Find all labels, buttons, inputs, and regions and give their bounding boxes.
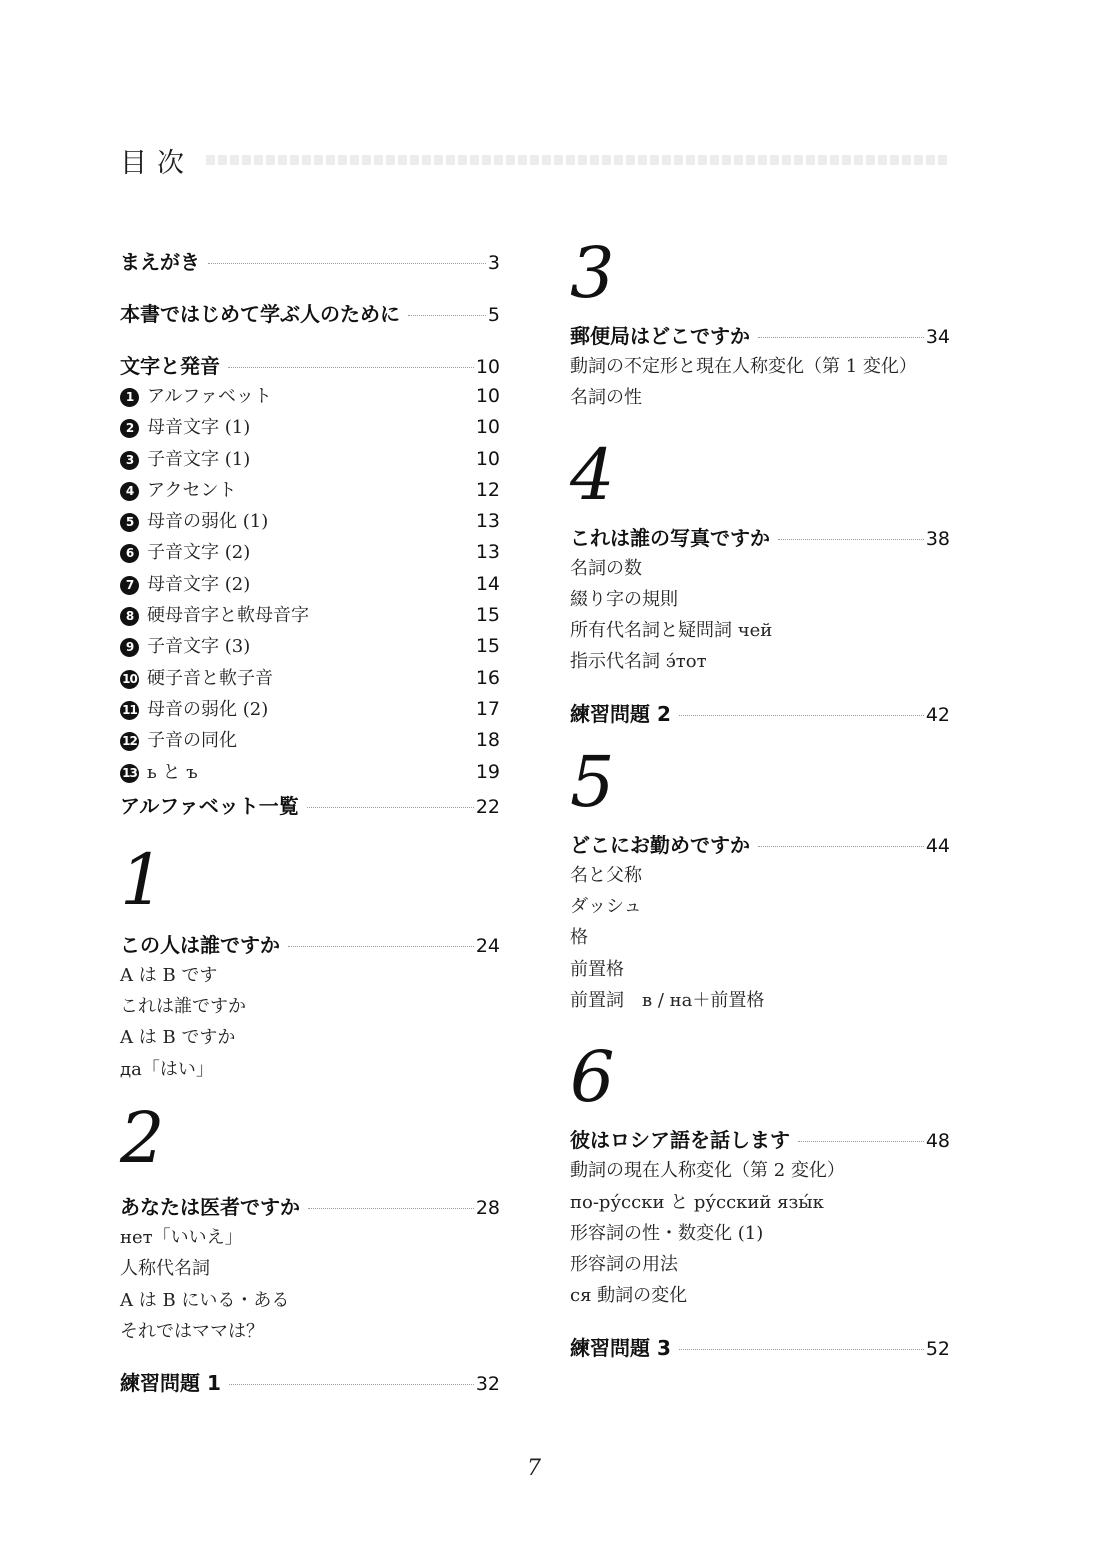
chapter-1-items: A は B です これは誰ですか A は B ですか да「はい」 [120,960,500,1085]
toc-subitem[interactable]: 名詞の性 [570,382,950,413]
toc-subitem[interactable]: 1アルファベット10 [120,381,500,412]
dot-leader [758,337,924,338]
dot-leader [208,263,486,264]
footer-page-number: 7 [527,1456,541,1481]
dot-leader [308,1208,474,1209]
chapter-number-2: 2 [120,1103,500,1177]
page-number: 3 [488,252,500,274]
toc-subitem[interactable]: 名と父称 [570,860,950,891]
toc-right-column: 3 郵便局はどこですか 34 動詞の不定形と現在人称変化（第 1 変化） 名詞の… [570,238,950,1361]
chapter-6-items: 動詞の現在人称変化（第 2 変化） по-ру́сски と ру́сский … [570,1155,950,1311]
toc-header: 目次 [120,140,950,180]
toc-entry-chapter-4[interactable]: これは誰の写真ですか 38 [570,522,950,551]
subitem-label: 子音文字 (2) [147,542,250,563]
page-number: 42 [926,704,950,726]
toc-subitem[interactable]: 5母音の弱化 (1)13 [120,506,500,537]
chapter-3-items: 動詞の不定形と現在人称変化（第 1 変化） 名詞の性 [570,351,950,414]
page-number: 38 [926,528,950,550]
toc-subitem[interactable]: по-ру́сски と ру́сский язы́к [570,1187,950,1218]
toc-subitem[interactable]: 3子音文字 (1)10 [120,444,500,475]
number-badge-icon: 4 [120,482,139,501]
page-number: 34 [926,326,950,348]
toc-entry-chapter-1[interactable]: この人は誰ですか 24 [120,929,500,958]
toc-subitem[interactable]: 前置格 [570,954,950,985]
entry-title: 練習問題 1 [120,1367,221,1396]
page-number: 28 [476,1197,500,1219]
toc-subitem[interactable]: 格 [570,922,950,953]
toc-subitem[interactable]: A は B ですか [120,1022,500,1053]
page-number: 22 [476,796,500,818]
toc-subitem[interactable]: 6子音文字 (2)13 [120,537,500,568]
entry-title: 練習問題 2 [570,698,671,727]
number-badge-icon: 8 [120,607,139,626]
toc-subitem[interactable]: 10硬子音と軟子音16 [120,663,500,694]
number-badge-icon: 5 [120,513,139,532]
toc-subitem[interactable]: 7母音文字 (2)14 [120,569,500,600]
subitem-label: 母音の弱化 (2) [147,699,268,720]
toc-entry-exercise-1[interactable]: 練習問題 1 32 [120,1367,500,1396]
toc-entry-exercise-2[interactable]: 練習問題 2 42 [570,698,950,727]
page-number: 13 [476,537,500,568]
toc-entry-chapter-5[interactable]: どこにお勤めですか 44 [570,829,950,858]
toc-entry-chapter-3[interactable]: 郵便局はどこですか 34 [570,320,950,349]
entry-title: 郵便局はどこですか [570,320,750,349]
toc-subitem[interactable]: 形容詞の用法 [570,1249,950,1280]
subitem-label: 母音の弱化 (1) [147,511,268,532]
toc-subitem[interactable]: 動詞の現在人称変化（第 2 変化） [570,1155,950,1186]
toc-subitem[interactable]: ダッシュ [570,891,950,922]
dot-leader [778,539,924,540]
number-badge-icon: 10 [120,670,139,689]
number-badge-icon: 3 [120,451,139,470]
dot-leader [288,946,474,947]
toc-subitem[interactable]: それではママは？ [120,1316,500,1347]
page-number: 15 [476,600,500,631]
header-decorative-bar [206,155,950,165]
subitem-label: 子音文字 (3) [147,636,250,657]
dot-leader [798,1141,924,1142]
page-number: 24 [476,935,500,957]
number-badge-icon: 12 [120,732,139,751]
page-number: 52 [926,1338,950,1360]
toc-entry-chapter-6[interactable]: 彼はロシア語を話します 48 [570,1124,950,1153]
page-number: 32 [476,1373,500,1395]
number-badge-icon: 1 [120,388,139,407]
entry-title: どこにお勤めですか [570,829,750,858]
toc-subitem[interactable]: 2母音文字 (1)10 [120,412,500,443]
entry-title: あなたは医者ですか [120,1191,300,1220]
toc-subitem[interactable]: ся 動詞の変化 [570,1280,950,1311]
page-number: 10 [476,412,500,443]
dot-leader [679,715,924,716]
pronunciation-items: 1アルファベット10 2母音文字 (1)10 3子音文字 (1)10 4アクセン… [120,381,500,788]
chapter-4-items: 名詞の数 綴り字の規則 所有代名詞と疑問詞 чей 指示代名詞 э́тот [570,553,950,678]
toc-subitem[interactable]: 名詞の数 [570,553,950,584]
toc-subitem[interactable]: A は B にいる・ある [120,1285,500,1316]
chapter-number-4: 4 [570,440,950,514]
page-number: 10 [476,444,500,475]
toc-subitem[interactable]: 9子音文字 (3)15 [120,631,500,662]
toc-subitem[interactable]: 動詞の不定形と現在人称変化（第 1 変化） [570,351,950,382]
chapter-2-items: нет「いいえ」 人称代名詞 A は B にいる・ある それではママは？ [120,1222,500,1347]
toc-subitem[interactable]: 指示代名詞 э́тот [570,646,950,677]
subitem-label: 子音の同化 [147,730,237,751]
toc-subitem[interactable]: нет「いいえ」 [120,1222,500,1253]
entry-title: この人は誰ですか [120,929,280,958]
entry-title: まえがき [120,246,200,275]
subitem-label: 母音文字 (1) [147,417,250,438]
subitem-label: 硬母音字と軟母音字 [147,605,309,626]
page-number: 10 [476,381,500,412]
toc-subitem[interactable]: 形容詞の性・数変化 (1) [570,1218,950,1249]
page-number: 13 [476,506,500,537]
entry-title: アルファベット一覧 [120,790,299,819]
toc-subitem[interactable]: да「はい」 [120,1054,500,1085]
number-badge-icon: 2 [120,419,139,438]
toc-subitem[interactable]: 13ь と ъ19 [120,757,500,788]
chapter-number-1: 1 [120,845,500,919]
number-badge-icon: 6 [120,544,139,563]
toc-entry-exercise-3[interactable]: 練習問題 3 52 [570,1332,950,1361]
entry-title: 彼はロシア語を話します [570,1124,790,1153]
subitem-label: 子音文字 (1) [147,449,250,470]
number-badge-icon: 13 [120,764,139,783]
toc-entry-letters-pronunciation[interactable]: 文字と発音 10 [120,350,500,379]
toc-entry-chapter-2[interactable]: あなたは医者ですか 28 [120,1191,500,1220]
page-number: 5 [488,304,500,326]
page-number: 14 [476,569,500,600]
toc-subitem[interactable]: 所有代名詞と疑問詞 чей [570,615,950,646]
dot-leader [307,807,474,808]
subitem-label: 硬子音と軟子音 [147,668,273,689]
toc-subitem[interactable]: 前置詞 в / на＋前置格 [570,985,950,1016]
page-number: 16 [476,663,500,694]
number-badge-icon: 7 [120,576,139,595]
entry-title: 本書ではじめて学ぶ人のために [120,298,400,327]
toc-subitem[interactable]: 4アクセント12 [120,475,500,506]
toc-entry-for-beginners[interactable]: 本書ではじめて学ぶ人のために 5 [120,298,500,327]
entry-title: これは誰の写真ですか [570,522,770,551]
number-badge-icon: 11 [120,701,139,720]
page-number: 44 [926,835,950,857]
toc-subitem[interactable]: 8硬母音字と軟母音字15 [120,600,500,631]
subitem-label: アクセント [147,480,236,501]
toc-subitem[interactable]: A は B です [120,960,500,991]
toc-left-column: まえがき 3 本書ではじめて学ぶ人のために 5 文字と発音 10 1アルファベッ… [120,238,500,1396]
entry-title: 文字と発音 [120,350,220,379]
toc-subitem[interactable]: これは誰ですか [120,991,500,1022]
toc-subitem[interactable]: 11母音の弱化 (2)17 [120,694,500,725]
page-number: 15 [476,631,500,662]
dot-leader [229,1384,474,1385]
page-number: 18 [476,725,500,756]
toc-entry-alphabet-list[interactable]: アルファベット一覧 22 [120,790,500,819]
number-badge-icon: 9 [120,638,139,657]
subitem-label: アルファベット [147,386,272,407]
entry-title: 練習問題 3 [570,1332,671,1361]
chapter-number-5: 5 [570,747,950,821]
chapter-number-6: 6 [570,1042,950,1116]
page-number: 12 [476,475,500,506]
page-title: 目次 [120,141,194,180]
dot-leader [228,367,474,368]
chapter-5-items: 名と父称 ダッシュ 格 前置格 前置詞 в / на＋前置格 [570,860,950,1016]
toc-subitem[interactable]: 12子音の同化18 [120,725,500,756]
subitem-label: ь と ъ [147,762,198,783]
page-number: 10 [476,356,500,378]
toc-subitem[interactable]: 綴り字の規則 [570,584,950,615]
dot-leader [408,315,486,316]
toc-subitem[interactable]: 人称代名詞 [120,1253,500,1284]
toc-entry-preface[interactable]: まえがき 3 [120,246,500,275]
page-number: 48 [926,1130,950,1152]
subitem-label: 母音文字 (2) [147,574,250,595]
dot-leader [679,1349,924,1350]
chapter-number-3: 3 [570,238,950,312]
page-number: 17 [476,694,500,725]
dot-leader [758,846,924,847]
page-number: 19 [476,757,500,788]
